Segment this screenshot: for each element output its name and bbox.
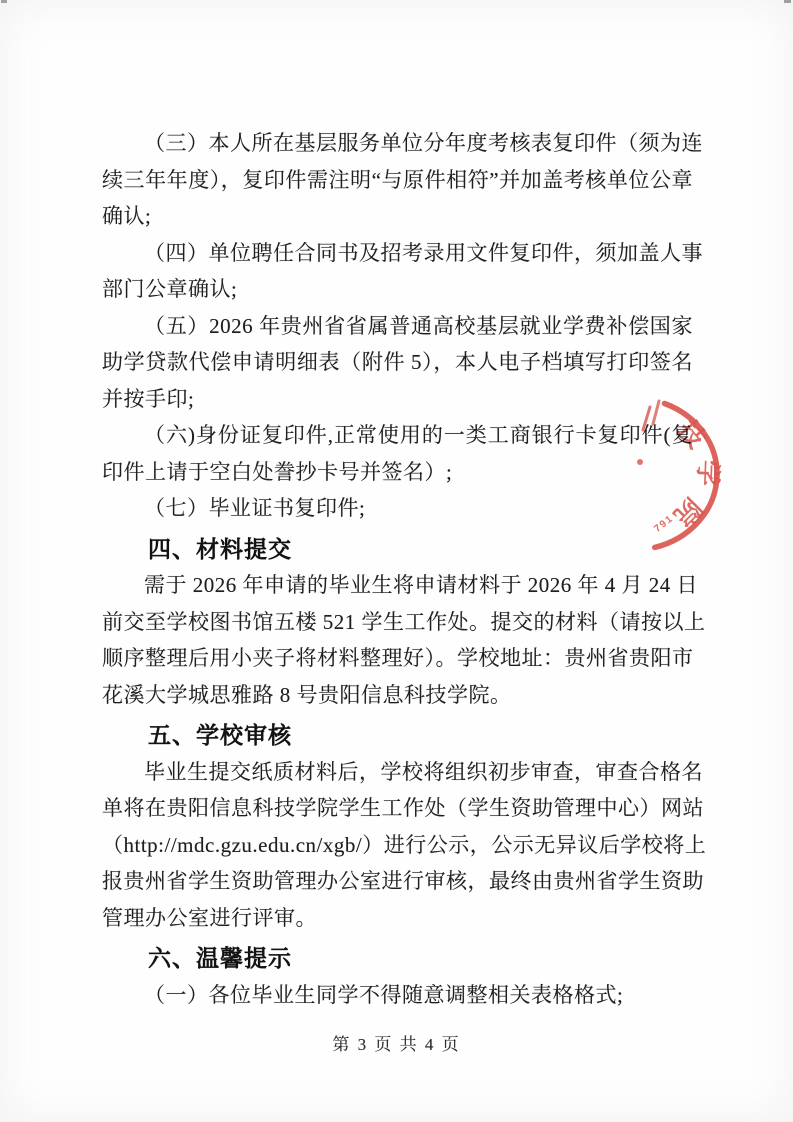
text-line: 顺序整理后用小夹子将材料整理好）。学校地址：贵州省贵阳市: [102, 640, 693, 677]
section-heading: 六、温馨提示: [102, 940, 693, 977]
text-line: 印件上请于空白处誊抄卡号并签名）;: [102, 454, 693, 491]
text-line: 六、温馨提示: [102, 940, 693, 977]
text-line: 管理办公室进行评审。: [102, 900, 693, 937]
paragraph: （一）各位毕业生同学不得随意调整相关表格格式;: [102, 977, 693, 1014]
text-line: 单将在贵阳信息科技学院学生工作处（学生资助管理中心）网站: [102, 790, 693, 827]
seal-character: 学: [693, 459, 724, 486]
text-line: 四、材料提交: [102, 531, 693, 568]
paragraph: （三）本人所在基层服务单位分年度考核表复印件（须为连续三年年度），复印件需注明“…: [102, 125, 693, 235]
scan-artifact: [1, 0, 7, 3]
text-line: （http://mdc.gzu.edu.cn/xgb/）进行公示，公示无异议后学…: [102, 827, 693, 864]
text-line: 报贵州省学生资助管理办公室进行审核，最终由贵州省学生资助: [102, 863, 693, 900]
text-line: 需于 2026 年申请的毕业生将申请材料于 2026 年 4 月 24 日: [102, 567, 693, 604]
text-line: （五）2026 年贵州省省属普通高校基层就业学费补偿国家: [102, 308, 693, 345]
text-line: 并按手印;: [102, 381, 693, 418]
paragraph: （七）毕业证书复印件;: [102, 490, 693, 527]
text-line: 五、学校审核: [102, 717, 693, 754]
text-line: （四）单位聘任合同书及招考录用文件复印件，须加盖人事: [102, 235, 693, 272]
text-line: 助学贷款代偿申请明细表（附件 5），本人电子档填写打印签名: [102, 344, 693, 381]
text-line: 确认;: [102, 198, 693, 235]
section-heading: 五、学校审核: [102, 717, 693, 754]
page-number-footer: 第 3 页 共 4 页: [0, 1030, 793, 1055]
text-line: 毕业生提交纸质材料后，学校将组织初步审查，审查合格名: [102, 754, 693, 791]
scanned-document-page: （三）本人所在基层服务单位分年度考核表复印件（须为连续三年年度），复印件需注明“…: [0, 0, 793, 1122]
text-line: （六)身份证复印件,正常使用的一类工商银行卡复印件(复: [102, 417, 693, 454]
document-body: （三）本人所在基层服务单位分年度考核表复印件（须为连续三年年度），复印件需注明“…: [102, 125, 693, 1013]
text-line: （七）毕业证书复印件;: [102, 490, 693, 527]
text-line: （一）各位毕业生同学不得随意调整相关表格格式;: [102, 977, 693, 1014]
text-line: 部门公章确认;: [102, 271, 693, 308]
text-line: （三）本人所在基层服务单位分年度考核表复印件（须为连: [102, 125, 693, 162]
paragraph: 需于 2026 年申请的毕业生将申请材料于 2026 年 4 月 24 日前交至…: [102, 567, 693, 713]
text-line: 续三年年度），复印件需注明“与原件相符”并加盖考核单位公章: [102, 162, 693, 199]
paragraph: 毕业生提交纸质材料后，学校将组织初步审查，审查合格名单将在贵阳信息科技学院学生工…: [102, 754, 693, 937]
scan-artifact: [784, 0, 791, 3]
paragraph: （四）单位聘任合同书及招考录用文件复印件，须加盖人事部门公章确认;: [102, 235, 693, 308]
paragraph: （六)身份证复印件,正常使用的一类工商银行卡复印件(复印件上请于空白处誊抄卡号并…: [102, 417, 693, 490]
paragraph: （五）2026 年贵州省省属普通高校基层就业学费补偿国家助学贷款代偿申请明细表（…: [102, 308, 693, 418]
text-line: 前交至学校图书馆五楼 521 学生工作处。提交的材料（请按以上: [102, 604, 693, 641]
section-heading: 四、材料提交: [102, 531, 693, 568]
text-line: 花溪大学城思雅路 8 号贵阳信息科技学院。: [102, 677, 693, 714]
